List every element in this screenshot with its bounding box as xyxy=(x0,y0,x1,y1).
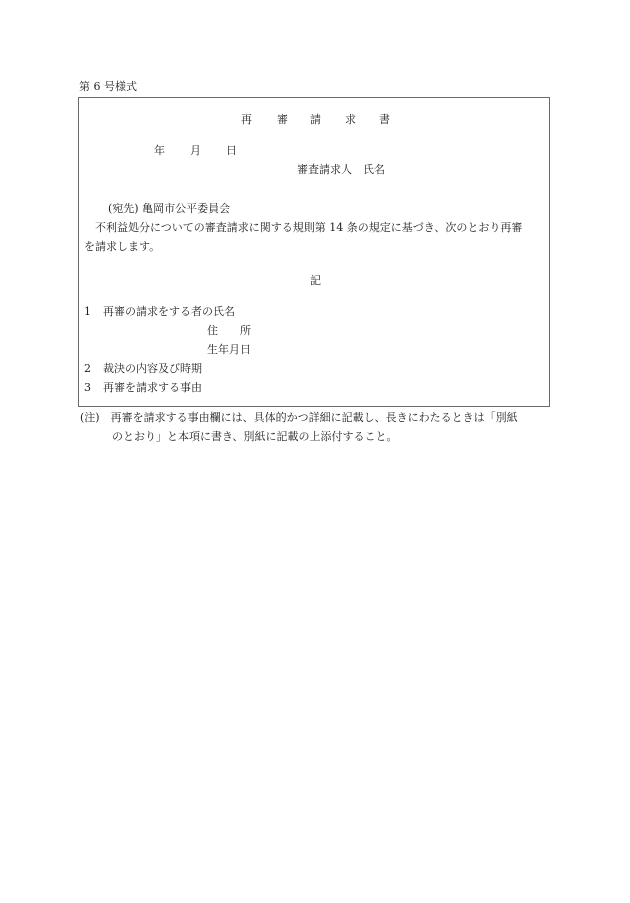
title-char: 請 xyxy=(310,113,321,127)
item-label: 再審を請求する事由 xyxy=(103,381,202,394)
item-number: 2 xyxy=(84,362,103,376)
item-number: 1 xyxy=(84,305,103,319)
body-text-line-2: を請求します。 xyxy=(84,240,160,254)
ki-heading: 記 xyxy=(310,274,321,288)
applicant-name-label: 審査請求人 氏名 xyxy=(297,163,385,177)
title-char: 審 xyxy=(277,113,288,127)
body-text-line-1: 不利益処分についての審査請求に関する規則第 14 条の規定に基づき、次のとおり再… xyxy=(95,221,522,235)
form-number: 第 6 号様式 xyxy=(79,80,137,94)
item-label: 裁決の内容及び時期 xyxy=(103,362,202,375)
item-number: 3 xyxy=(84,381,103,395)
item-2: 2裁決の内容及び時期 xyxy=(84,362,202,376)
addressee: (宛先) 亀岡市公平委員会 xyxy=(108,202,230,216)
sub-item-address: 住 所 xyxy=(207,324,251,338)
item-label: 再審の請求をする者の氏名 xyxy=(103,305,235,318)
item-3: 3再審を請求する事由 xyxy=(84,381,202,395)
title-char: 求 xyxy=(345,113,356,127)
date-year: 年 xyxy=(154,144,165,158)
sub-item-birthdate: 生年月日 xyxy=(207,343,251,357)
date-month: 月 xyxy=(190,144,201,158)
item-1: 1再審の請求をする者の氏名 xyxy=(84,305,235,319)
title-char: 再 xyxy=(241,113,252,127)
note-line-1: (注) 再審を請求する事由欄には、具体的かつ詳細に記載し、長きにわたるときは「別… xyxy=(80,411,518,425)
title-char: 書 xyxy=(379,113,390,127)
date-day: 日 xyxy=(226,144,237,158)
note-line-2: のとおり」と本項に書き、別紙に記載の上添付すること。 xyxy=(112,430,398,444)
